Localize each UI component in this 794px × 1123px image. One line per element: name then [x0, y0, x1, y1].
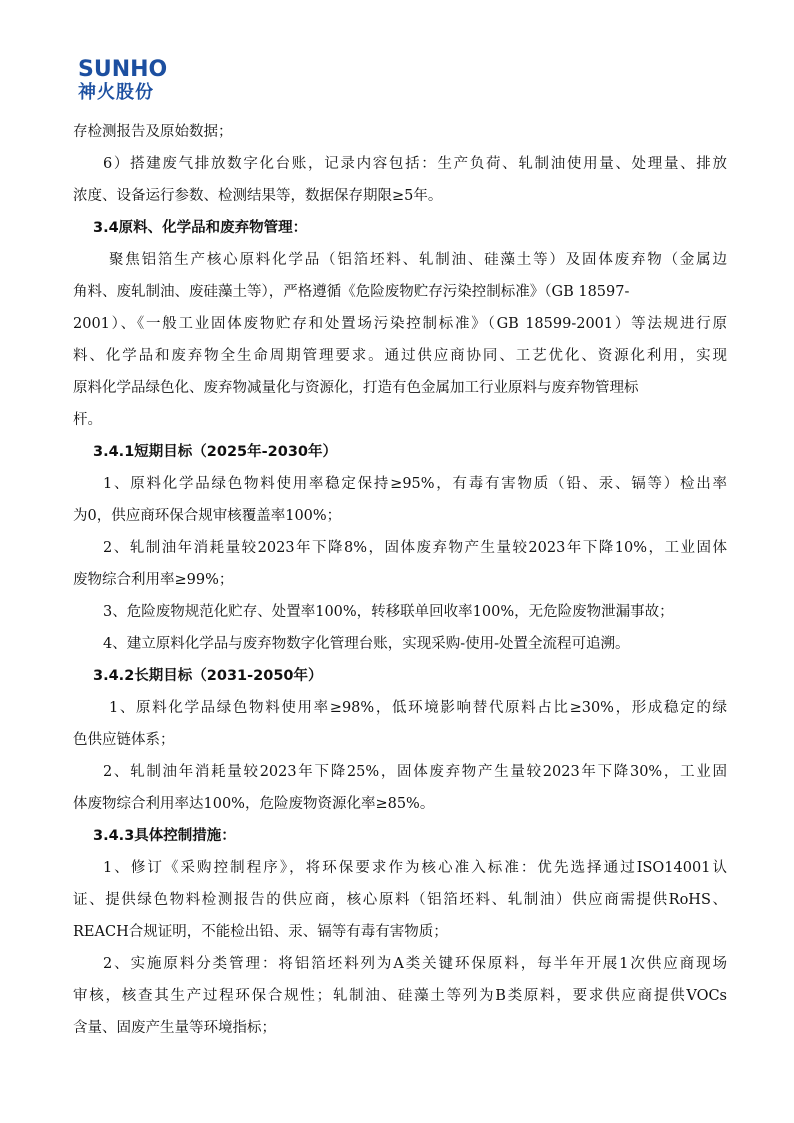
paragraph-line: 存检测报告及原始数据； — [73, 122, 733, 142]
paragraph-line: 2、轧制油年消耗量较2023年下降8%，固体废弃物产生量较2023年下降10%，… — [103, 538, 727, 558]
paragraph-line: 为0，供应商环保合规审核覆盖率100%； — [73, 506, 733, 526]
paragraph-line: 2、轧制油年消耗量较2023年下降25%，固体废弃物产生量较2023年下降30%… — [103, 762, 727, 782]
section-heading-3-4: 3.4原料、化学品和废弃物管理： — [93, 218, 753, 238]
paragraph-line: 审核，核查其生产过程环保合规性；轧制油、硅藻土等列为B类原料，要求供应商提供VO… — [73, 986, 727, 1006]
paragraph-line: 2、实施原料分类管理：将铝箔坯料列为A类关键环保原料，每半年开展1次供应商现场 — [103, 954, 727, 974]
paragraph-line: 1、原料化学品绿色物料使用率稳定保持≥95%，有毒有害物质（铅、汞、镉等）检出率 — [103, 474, 727, 494]
section-heading-3-4-2: 3.4.2长期目标（2031-2050年） — [93, 666, 753, 686]
paragraph-line: 色供应链体系； — [73, 730, 733, 750]
paragraph-line: 4、建立原料化学品与废弃物数字化管理台账，实现采购-使用-处置全流程可追溯。 — [103, 634, 763, 654]
company-logo: SUNHO 神火股份 — [78, 58, 158, 104]
paragraph-line: 证、提供绿色物料检测报告的供应商，核心原料（铝箔坯料、轧制油）供应商需提供RoH… — [73, 890, 727, 910]
paragraph-line: REACH合规证明，不能检出铅、汞、镉等有毒有害物质； — [73, 922, 733, 942]
paragraph-line: 体废物综合利用率达100%，危险废物资源化率≥85%。 — [73, 794, 733, 814]
paragraph-line: 2001）、《一般工业固体废物贮存和处置场污染控制标准》（GB 18599-20… — [73, 314, 727, 334]
paragraph-line: 原料化学品绿色化、废弃物减量化与资源化，打造有色金属加工行业原料与废弃物管理标 — [73, 378, 733, 398]
paragraph-line: 3、危险废物规范化贮存、处置率100%，转移联单回收率100%，无危险废物泄漏事… — [103, 602, 763, 622]
section-heading-3-4-1: 3.4.1短期目标（2025年-2030年） — [93, 442, 753, 462]
section-heading-3-4-3: 3.4.3具体控制措施： — [93, 826, 753, 846]
paragraph-line: 料、化学品和废弃物全生命周期管理要求。通过供应商协同、工艺优化、资源化利用，实现 — [73, 346, 727, 366]
logo-chinese: 神火股份 — [78, 82, 158, 104]
paragraph-line: 废物综合利用率≥99%； — [73, 570, 733, 590]
paragraph-line: 6）搭建废气排放数字化台账，记录内容包括：生产负荷、轧制油使用量、处理量、排放 — [103, 154, 727, 174]
paragraph-line: 聚焦铝箔生产核心原料化学品（铝箔坯料、轧制油、硅藻土等）及固体废弃物（金属边 — [109, 250, 727, 270]
paragraph-line: 杆。 — [73, 410, 733, 430]
paragraph-line: 1、修订《采购控制程序》，将环保要求作为核心准入标准：优先选择通过ISO1400… — [103, 858, 727, 878]
paragraph-line: 浓度、设备运行参数、检测结果等，数据保存期限≥5年。 — [73, 186, 733, 206]
paragraph-line: 含量、固废产生量等环境指标； — [73, 1018, 733, 1038]
paragraph-line: 角料、废轧制油、废硅藻土等），严格遵循《危险废物贮存污染控制标准》（GB 185… — [73, 282, 733, 302]
logo-english: SUNHO — [78, 58, 158, 82]
paragraph-line: 1、原料化学品绿色物料使用率≥98%，低环境影响替代原料占比≥30%，形成稳定的… — [109, 698, 727, 718]
